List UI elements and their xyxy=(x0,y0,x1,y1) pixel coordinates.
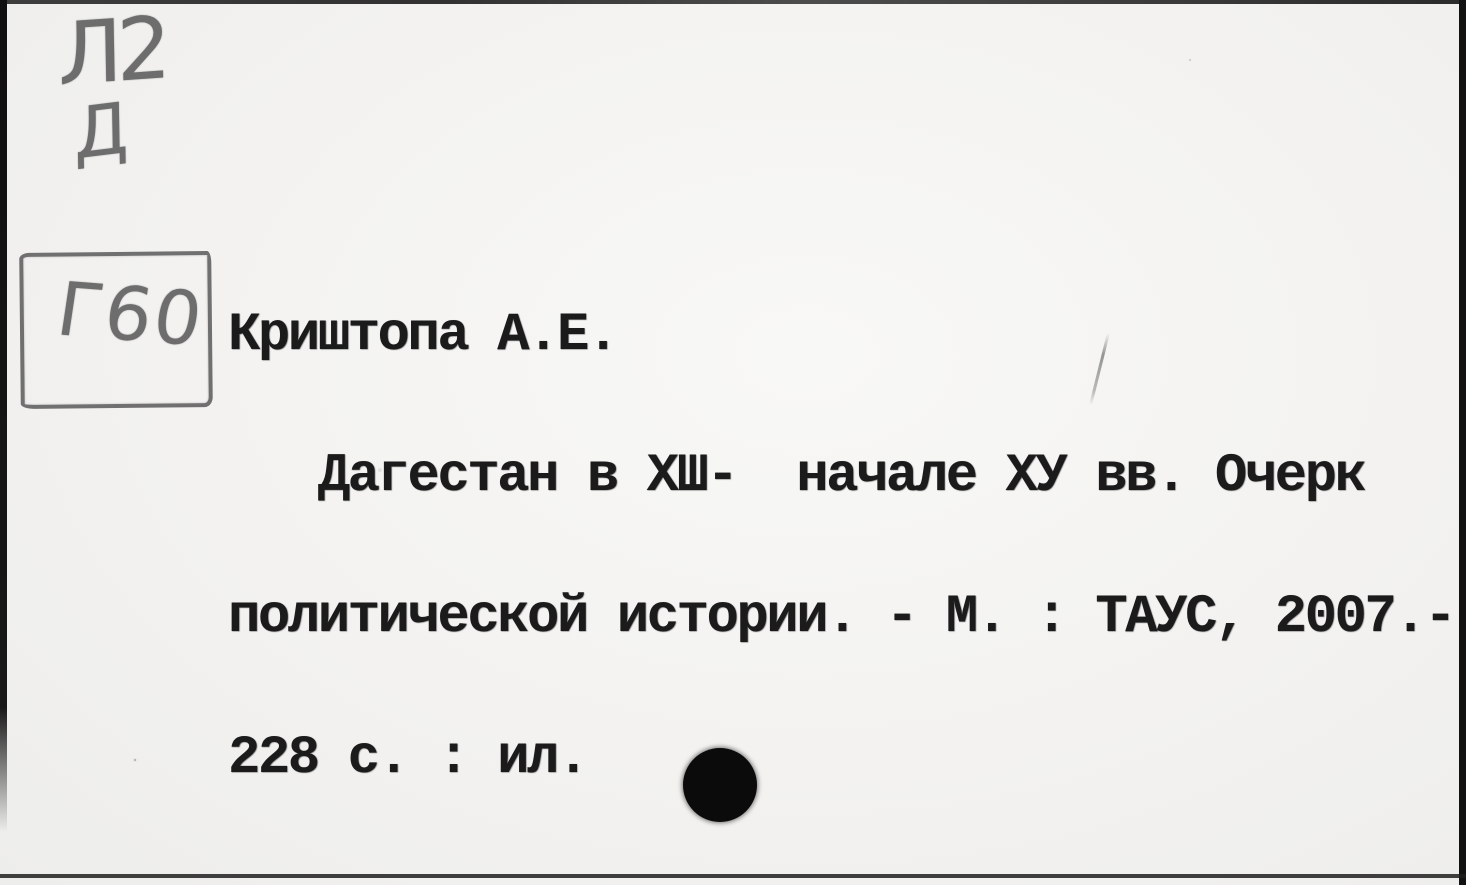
bibliographic-entry: Криштопа А.Е. Дагестан в ХШ- начале ХУ в… xyxy=(228,218,1454,876)
scan-edge-top xyxy=(0,0,1466,4)
handwritten-call-number-bottom: Д xyxy=(73,86,129,175)
entry-title-line: Дагестан в ХШ- начале ХУ вв. Очерк xyxy=(228,453,1454,500)
punch-hole xyxy=(683,748,757,822)
handwritten-author-mark-box: Г60 xyxy=(19,251,213,409)
catalog-card: Л2 Д Г60 Криштопа А.Е. Дагестан в ХШ- на… xyxy=(0,0,1466,885)
scan-edge-right xyxy=(1459,0,1466,885)
handwritten-author-mark: Г60 xyxy=(52,267,209,363)
entry-imprint-line: политической истории. - М. : ТАУС, 2007.… xyxy=(228,594,1454,641)
entry-collation-line: 228 с. : ил. xyxy=(228,735,1454,782)
scan-edge-left xyxy=(0,0,7,832)
entry-author-line: Криштопа А.Е. xyxy=(228,312,1454,359)
